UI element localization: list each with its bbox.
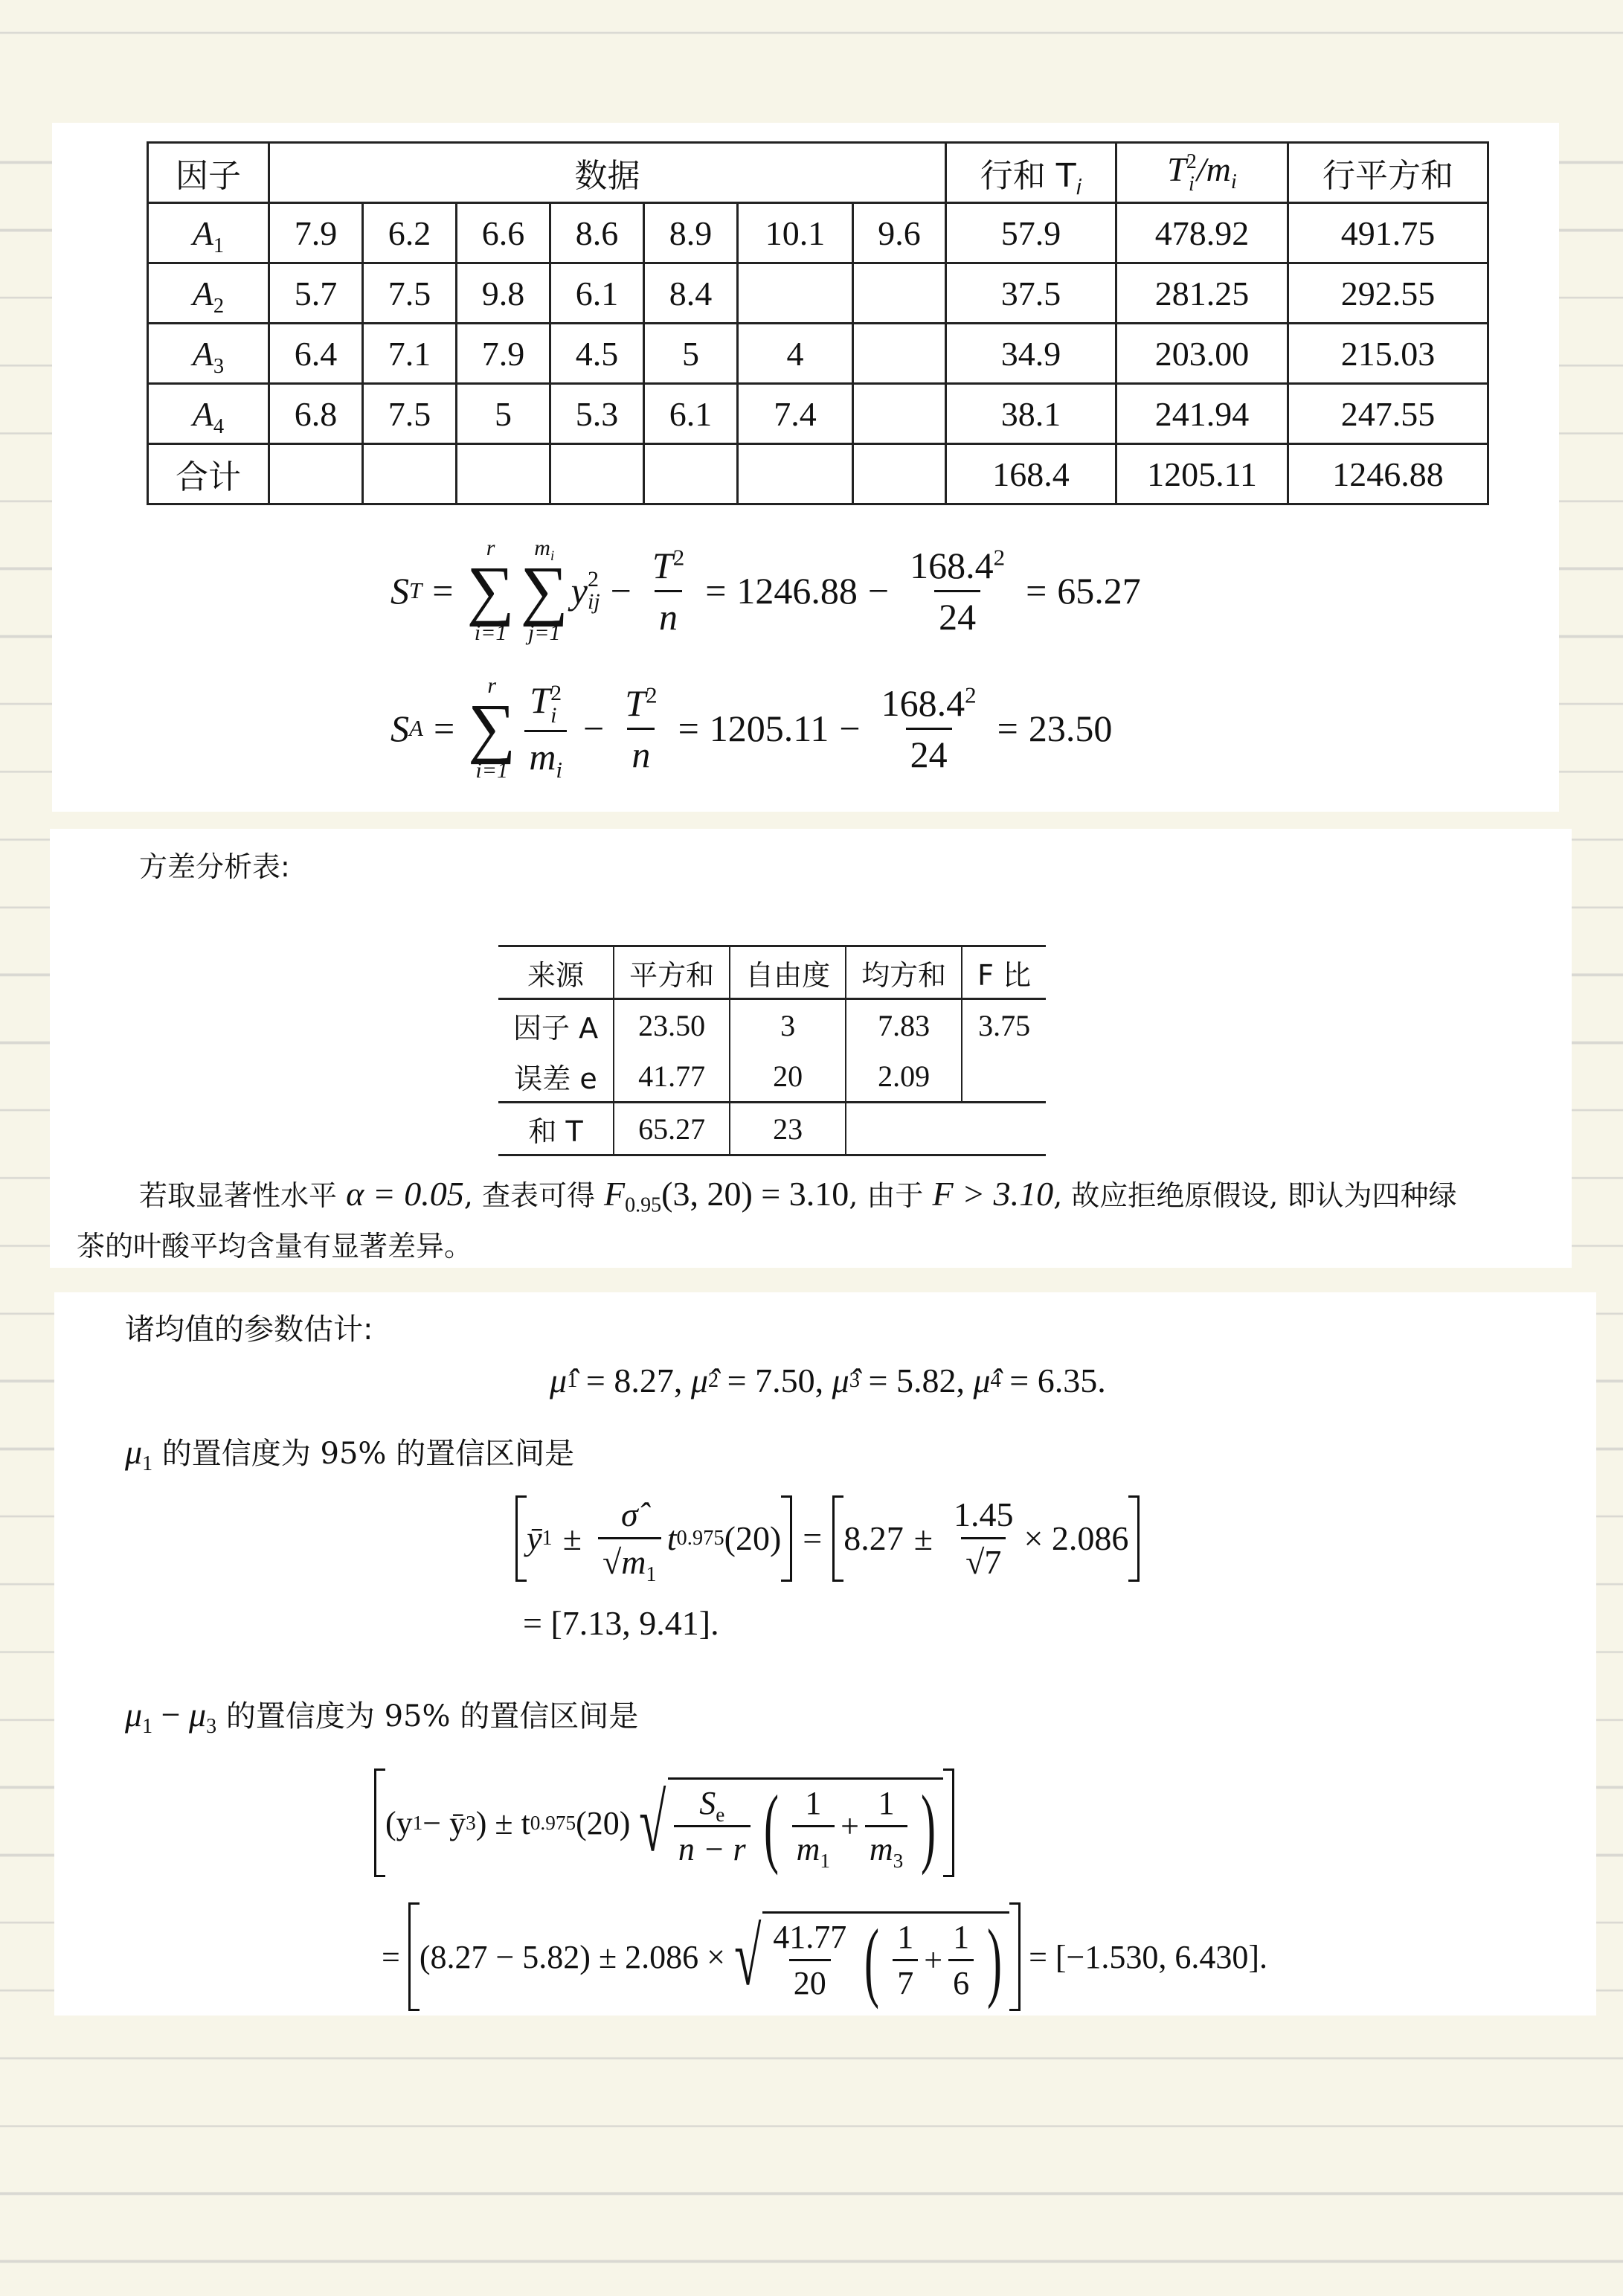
- right-bracket-icon: [1009, 1902, 1021, 2011]
- sum-bot: i=1: [475, 758, 508, 783]
- cell: [738, 263, 853, 324]
- den2: 7: [984, 1543, 1001, 1581]
- anova-header: 来源: [498, 946, 614, 999]
- anova-cell: 3.75: [962, 999, 1046, 1051]
- f-crit-args: (3, 20) = 3.10: [661, 1175, 849, 1213]
- anova-card: 方差分析表: 来源 平方和 自由度 均方和 F 比 因子 A 23.50 3 7…: [50, 829, 1572, 1268]
- conclusion-line2: 茶的叶酸平均含量有显著差异。: [77, 1223, 472, 1264]
- conclusion-text: , 查表可得: [464, 1179, 604, 1212]
- anova-cell: 23.50: [614, 999, 730, 1051]
- left-bracket-icon: [515, 1495, 527, 1582]
- ci2-formula: (y1 − ȳ3) ± t0.975(20) √ Sen − r ( 1m1 +…: [374, 1769, 954, 1877]
- cell: [853, 384, 946, 444]
- anova-cell: 23: [730, 1103, 846, 1155]
- t2m-den: /m: [1197, 150, 1231, 188]
- row-label: A2: [148, 263, 269, 324]
- sa-lhs-sub: A: [409, 715, 423, 741]
- equals: =: [678, 707, 699, 750]
- y-sub: ij: [588, 591, 600, 613]
- equals: =: [382, 1938, 400, 1976]
- st-result: 65.27: [1057, 569, 1141, 612]
- t2m-sub: i: [1186, 173, 1197, 196]
- estimates-card: 诸均值的参数估计: μ̂1 = 8.27, μ̂2 = 7.50, μ̂3 = …: [54, 1292, 1596, 2016]
- cell: 4.5: [550, 324, 644, 384]
- frac1-sup: 2: [550, 682, 562, 705]
- anova-row: 因子 A 23.50 3 7.83 3.75: [498, 999, 1046, 1051]
- t2m-T: T: [1167, 150, 1186, 188]
- equals: =: [997, 707, 1018, 750]
- frac-se: Sen − r: [674, 1784, 751, 1868]
- ci2-numeric: = (8.27 − 5.82) ± 2.086 × √ 41.7720 ( 17…: [382, 1902, 1267, 2011]
- mu-hat-values: μ̂1 = 8.27, μ̂2 = 7.50, μ̂3 = 5.82, μ̂4 …: [550, 1361, 1106, 1400]
- one: 1: [948, 1918, 974, 1959]
- sum-bot: j=1: [528, 621, 561, 646]
- table-row: A1 7.9 6.2 6.6 8.6 8.9 10.1 9.6 57.9 478…: [148, 203, 1488, 263]
- frac1-num: T: [530, 679, 550, 721]
- equals: =: [1026, 569, 1047, 612]
- anova-header-row: 来源 平方和 自由度 均方和 F 比: [498, 946, 1046, 999]
- anova-header: F 比: [962, 946, 1046, 999]
- mu-sub: 1: [142, 1715, 152, 1738]
- mu-hat: μ̂: [691, 1361, 708, 1400]
- cell-t2m: 241.94: [1116, 384, 1288, 444]
- cell-sq-sum: 215.03: [1288, 324, 1488, 384]
- cell-t2m: 203.00: [1116, 324, 1288, 384]
- f-compare: F > 3.10: [932, 1175, 1053, 1213]
- diff-open: (y: [385, 1804, 413, 1842]
- minus: −: [868, 569, 889, 612]
- data-table: 因子 数据 行和 Ti T2i/mi 行平方和 A1 7.9 6.2 6.6 8…: [147, 141, 1489, 505]
- frac2-den: 24: [934, 590, 980, 638]
- one: 1: [800, 1784, 826, 1825]
- t2m-sup: 2: [1186, 151, 1197, 173]
- frac-num: T: [625, 682, 646, 724]
- sum-bot: i=1: [475, 621, 507, 646]
- m: m: [870, 1831, 893, 1867]
- sum-i: r∑i=1: [466, 536, 514, 646]
- cell: 6.2: [363, 203, 457, 263]
- cell: [363, 444, 457, 504]
- ybar: ȳ: [527, 1519, 541, 1558]
- one: 1: [893, 1918, 918, 1959]
- cell: [853, 263, 946, 324]
- anova-cell: [846, 1103, 1046, 1155]
- m-sub: 1: [820, 1850, 830, 1872]
- m-sub: 1: [646, 1563, 656, 1586]
- mu-value: 5.82: [896, 1361, 957, 1400]
- anova-header: 均方和: [846, 946, 962, 999]
- mu-sub: 1: [142, 1452, 152, 1475]
- m: m: [797, 1831, 820, 1867]
- sa-lhs: S: [391, 707, 409, 750]
- frac2-num: 168.4: [881, 682, 965, 724]
- left-bracket-icon: [832, 1495, 843, 1582]
- se: S: [699, 1785, 716, 1821]
- cell-row-sum: 34.9: [946, 324, 1116, 384]
- frac-T2-n: T2n: [620, 682, 661, 776]
- minus: −: [583, 707, 604, 750]
- y-term: y: [571, 569, 588, 612]
- cell: 8.9: [644, 203, 738, 263]
- cell: 6.8: [269, 384, 363, 444]
- cell: [853, 324, 946, 384]
- anova-cell: 7.83: [846, 999, 962, 1051]
- diff-mid: − ȳ: [422, 1804, 466, 1842]
- cell: 6.6: [457, 203, 550, 263]
- right-paren-icon: ): [921, 1786, 936, 1867]
- t-arg: (20): [576, 1804, 630, 1842]
- plus: +: [924, 1941, 942, 1979]
- sqrt-icon: √: [965, 1543, 984, 1581]
- cell: 6.1: [644, 384, 738, 444]
- ci2-intro: μ1 − μ3 的置信度为 95% 的置信区间是: [125, 1693, 638, 1735]
- sa-result: 23.50: [1029, 707, 1113, 750]
- ci1-formula: ȳ1 ± σ̂√m1 t0.975(20) = 8.27 ± 1.45√7 × …: [515, 1495, 1140, 1582]
- plus-minus: ±: [914, 1519, 933, 1558]
- left-paren-icon: (: [764, 1786, 779, 1867]
- anova-total-row: 和 T 65.27 23: [498, 1103, 1046, 1155]
- table-header-row: 因子 数据 行和 Ti T2i/mi 行平方和: [148, 143, 1488, 203]
- n-r: n − r: [678, 1831, 746, 1867]
- ci1-intro: μ1 的置信度为 95% 的置信区间是: [125, 1430, 574, 1472]
- cell: 10.1: [738, 203, 853, 263]
- cell: 5.7: [269, 263, 363, 324]
- cell: 7.5: [363, 263, 457, 324]
- mu-hat: μ̂: [973, 1361, 990, 1400]
- frac-1-m3: 1m3: [865, 1784, 907, 1868]
- sqrt-expr: √ 41.7720 ( 17 + 16 ): [725, 1911, 1009, 2002]
- sigma-icon: ∑: [468, 699, 515, 758]
- sqrt-expr: √ Sen − r ( 1m1 + 1m3 ): [630, 1777, 943, 1868]
- frac-sup: 2: [673, 544, 685, 570]
- sigma-icon: ∑: [466, 561, 514, 621]
- conclusion-text: 若取显著性水平: [139, 1179, 346, 1212]
- right-bracket-icon: [1128, 1495, 1140, 1582]
- frac1-sub: i: [550, 705, 562, 727]
- anova-cell: 20: [730, 1051, 846, 1103]
- frac-den: n: [659, 596, 678, 638]
- st-lhs: S: [391, 569, 409, 612]
- frac-sigma: σ̂√m1: [598, 1495, 661, 1582]
- equals: =: [434, 707, 454, 750]
- mu-var: μ: [125, 1433, 142, 1471]
- cell: 4: [738, 324, 853, 384]
- cell: 7.9: [269, 203, 363, 263]
- anova-title: 方差分析表:: [139, 844, 290, 885]
- row-label-A: A: [193, 395, 213, 433]
- left-bracket-icon: [374, 1769, 385, 1877]
- cell: [644, 444, 738, 504]
- st-val1: 1246.88: [736, 569, 858, 612]
- row-label: A1: [148, 203, 269, 263]
- cell-t2m: 478.92: [1116, 203, 1288, 263]
- frac-sup: 2: [646, 682, 658, 708]
- equals: =: [705, 569, 726, 612]
- minus: −: [152, 1696, 189, 1734]
- mu-sub: 3: [206, 1715, 216, 1738]
- conclusion-text: , 由于: [849, 1179, 932, 1212]
- frac2-sup: 2: [965, 682, 977, 708]
- estimates-title: 诸均值的参数估计:: [125, 1306, 373, 1348]
- pm-t: ± t: [495, 1804, 530, 1842]
- frac-1-6: 16: [948, 1918, 974, 2002]
- cell: 7.1: [363, 324, 457, 384]
- num-diff: (8.27 − 5.82) ± 2.086 ×: [420, 1938, 725, 1976]
- header-factor: 因子: [148, 143, 269, 203]
- cell: 6.4: [269, 324, 363, 384]
- alpha-value: α = 0.05: [346, 1175, 464, 1213]
- minus: −: [839, 707, 860, 750]
- num2: 1.45: [949, 1495, 1018, 1537]
- d1: 7: [893, 1959, 918, 2002]
- row-label: A4: [148, 384, 269, 444]
- anova-header: 平方和: [614, 946, 730, 999]
- row-label-sub: 4: [213, 415, 224, 438]
- cell: 6.1: [550, 263, 644, 324]
- num-df: 20: [789, 1959, 831, 2002]
- plus-minus: ±: [563, 1519, 582, 1558]
- cell: 7.4: [738, 384, 853, 444]
- diff-close: ): [476, 1804, 487, 1842]
- m-sub: 3: [893, 1850, 904, 1872]
- total-label: 合计: [148, 444, 269, 504]
- mu-var: μ: [125, 1696, 142, 1734]
- frac2-num: 168.4: [910, 545, 994, 586]
- formula-sa: SA = r∑i=1 T2imi − T2n = 1205.11 − 168.4…: [391, 673, 1112, 783]
- cell: 5: [457, 384, 550, 444]
- total-sq-sum: 1246.88: [1288, 444, 1488, 504]
- frac2-sup: 2: [994, 544, 1006, 570]
- row-label-A: A: [193, 275, 213, 312]
- sum-i: r∑i=1: [468, 673, 515, 783]
- sum-j: mi∑j=1: [521, 536, 568, 646]
- ci1-intro-text: 的置信度为 95% 的置信区间是: [152, 1437, 574, 1471]
- anova-cell: 65.27: [614, 1103, 730, 1155]
- equals: =: [432, 569, 453, 612]
- table-row: A3 6.4 7.1 7.9 4.5 5 4 34.9 203.00 215.0…: [148, 324, 1488, 384]
- table-total-row: 合计 168.4 1205.11 1246.88: [148, 444, 1488, 504]
- st-lhs-sub: T: [409, 577, 422, 603]
- row-label-sub: 2: [213, 295, 224, 318]
- cell: [269, 444, 363, 504]
- num-se: 41.77: [768, 1918, 851, 1959]
- cell: 5: [644, 324, 738, 384]
- frac1-den-sub: i: [556, 757, 562, 783]
- header-row-sum-label: 行和 T: [980, 157, 1076, 195]
- cell: [550, 444, 644, 504]
- anova-cell: 41.77: [614, 1051, 730, 1103]
- frac-1-m1: 1m1: [792, 1784, 835, 1868]
- anova-source: 因子 A: [498, 999, 614, 1051]
- ci2-result: = [−1.530, 6.430].: [1029, 1938, 1267, 1976]
- plus: +: [841, 1807, 859, 1845]
- cell: 7.9: [457, 324, 550, 384]
- cell: 9.6: [853, 203, 946, 263]
- cell: 8.4: [644, 263, 738, 324]
- header-row-sq-sum: 行平方和: [1288, 143, 1488, 203]
- cell-row-sum: 37.5: [946, 263, 1116, 324]
- header-row-sum-sub: i: [1076, 176, 1082, 199]
- t-arg: (20): [724, 1519, 782, 1558]
- t2m-den-sub: i: [1231, 170, 1237, 193]
- cell-sq-sum: 292.55: [1288, 263, 1488, 324]
- one: 1: [874, 1784, 899, 1825]
- conclusion-line1: 若取显著性水平 α = 0.05, 查表可得 F0.95(3, 20) = 3.…: [139, 1173, 1456, 1213]
- anova-table: 来源 平方和 自由度 均方和 F 比 因子 A 23.50 3 7.83 3.7…: [498, 945, 1046, 1156]
- mu-value: 7.50: [755, 1361, 815, 1400]
- cell: 8.6: [550, 203, 644, 263]
- cell: 5.3: [550, 384, 644, 444]
- mu-hat: μ̂: [550, 1361, 567, 1400]
- conclusion-text: , 故应拒绝原假设, 即认为四种绿: [1053, 1179, 1456, 1212]
- anova-cell: 3: [730, 999, 846, 1051]
- cell: [457, 444, 550, 504]
- frac-T2-n: T2n: [648, 544, 689, 638]
- right-bracket-icon: [943, 1769, 954, 1877]
- total-t2m: 1205.11: [1116, 444, 1288, 504]
- frac-168-24: 168.4224: [905, 544, 1009, 638]
- minus: −: [611, 569, 631, 612]
- mu-value: 6.35: [1038, 1361, 1098, 1400]
- mu-var: μ: [189, 1696, 206, 1734]
- cell: 9.8: [457, 263, 550, 324]
- sqrt-icon: √: [734, 1920, 761, 1994]
- mu-hat: μ̂: [832, 1361, 849, 1400]
- sqrt-icon: √: [640, 1786, 666, 1860]
- row-label-sub: 1: [213, 234, 224, 257]
- t: t: [667, 1519, 677, 1558]
- ci1-result: = [7.13, 9.41].: [523, 1603, 719, 1643]
- right-paren-icon: ): [987, 1920, 1002, 2001]
- data-table-card: 因子 数据 行和 Ti T2i/mi 行平方和 A1 7.9 6.2 6.6 8…: [52, 123, 1559, 812]
- sa-val1: 1205.11: [710, 707, 829, 750]
- frac-168-24: 168.4224: [877, 682, 981, 776]
- mean-value: 8.27: [843, 1519, 904, 1558]
- cell-sq-sum: 247.55: [1288, 384, 1488, 444]
- frac-den: n: [631, 734, 650, 775]
- row-label-A: A: [193, 335, 213, 373]
- row-label-A: A: [193, 214, 213, 252]
- table-row: A4 6.8 7.5 5 5.3 6.1 7.4 38.1 241.94 247…: [148, 384, 1488, 444]
- table-row: A2 5.7 7.5 9.8 6.1 8.4 37.5 281.25 292.5…: [148, 263, 1488, 324]
- frac1-den: m: [529, 736, 556, 777]
- equals: =: [803, 1519, 822, 1558]
- sigma-hat: σ̂: [621, 1495, 638, 1533]
- total-row-sum: 168.4: [946, 444, 1116, 504]
- right-bracket-icon: [781, 1495, 792, 1582]
- left-bracket-icon: [408, 1902, 420, 2011]
- header-row-sum: 行和 Ti: [946, 143, 1116, 203]
- cell-row-sum: 57.9: [946, 203, 1116, 263]
- cell: [738, 444, 853, 504]
- header-data: 数据: [269, 143, 946, 203]
- cell-row-sum: 38.1: [946, 384, 1116, 444]
- mu-value: 8.27: [614, 1361, 674, 1400]
- cell: [853, 444, 946, 504]
- anova-cell: 2.09: [846, 1051, 962, 1103]
- cell-sq-sum: 491.75: [1288, 203, 1488, 263]
- anova-source: 和 T: [498, 1103, 614, 1155]
- frac-145-sqrt7: 1.45√7: [949, 1495, 1018, 1582]
- anova-row: 误差 e 41.77 20 2.09: [498, 1051, 1046, 1103]
- sigma-icon: ∑: [521, 561, 568, 621]
- frac-Ti2-mi: T2imi: [524, 679, 567, 778]
- row-label: A3: [148, 324, 269, 384]
- header-t2m: T2i/mi: [1116, 143, 1288, 203]
- times-value: × 2.086: [1023, 1519, 1128, 1558]
- anova-source: 误差 e: [498, 1051, 614, 1103]
- anova-header: 自由度: [730, 946, 846, 999]
- d2: 6: [948, 1959, 974, 2002]
- se-sub: e: [716, 1803, 724, 1826]
- row-label-sub: 3: [213, 355, 224, 378]
- left-paren-icon: (: [864, 1920, 879, 2001]
- formula-st: ST = r∑i=1 mi∑j=1 y2ij − T2n = 1246.88 −…: [391, 536, 1141, 646]
- frac-num: T: [652, 545, 673, 586]
- frac-1-7: 17: [893, 1918, 918, 2002]
- m: m: [621, 1543, 646, 1581]
- f-crit: F: [604, 1175, 625, 1213]
- cell-t2m: 281.25: [1116, 263, 1288, 324]
- sqrt-icon: √: [602, 1543, 621, 1581]
- f-crit-sub: 0.95: [625, 1194, 661, 1217]
- anova-cell: [962, 1051, 1046, 1103]
- y-sup: 2: [588, 568, 600, 591]
- cell: 7.5: [363, 384, 457, 444]
- ci2-intro-text: 的置信度为 95% 的置信区间是: [216, 1699, 638, 1734]
- frac-4177-20: 41.7720: [768, 1918, 851, 2002]
- frac2-den: 24: [906, 728, 952, 776]
